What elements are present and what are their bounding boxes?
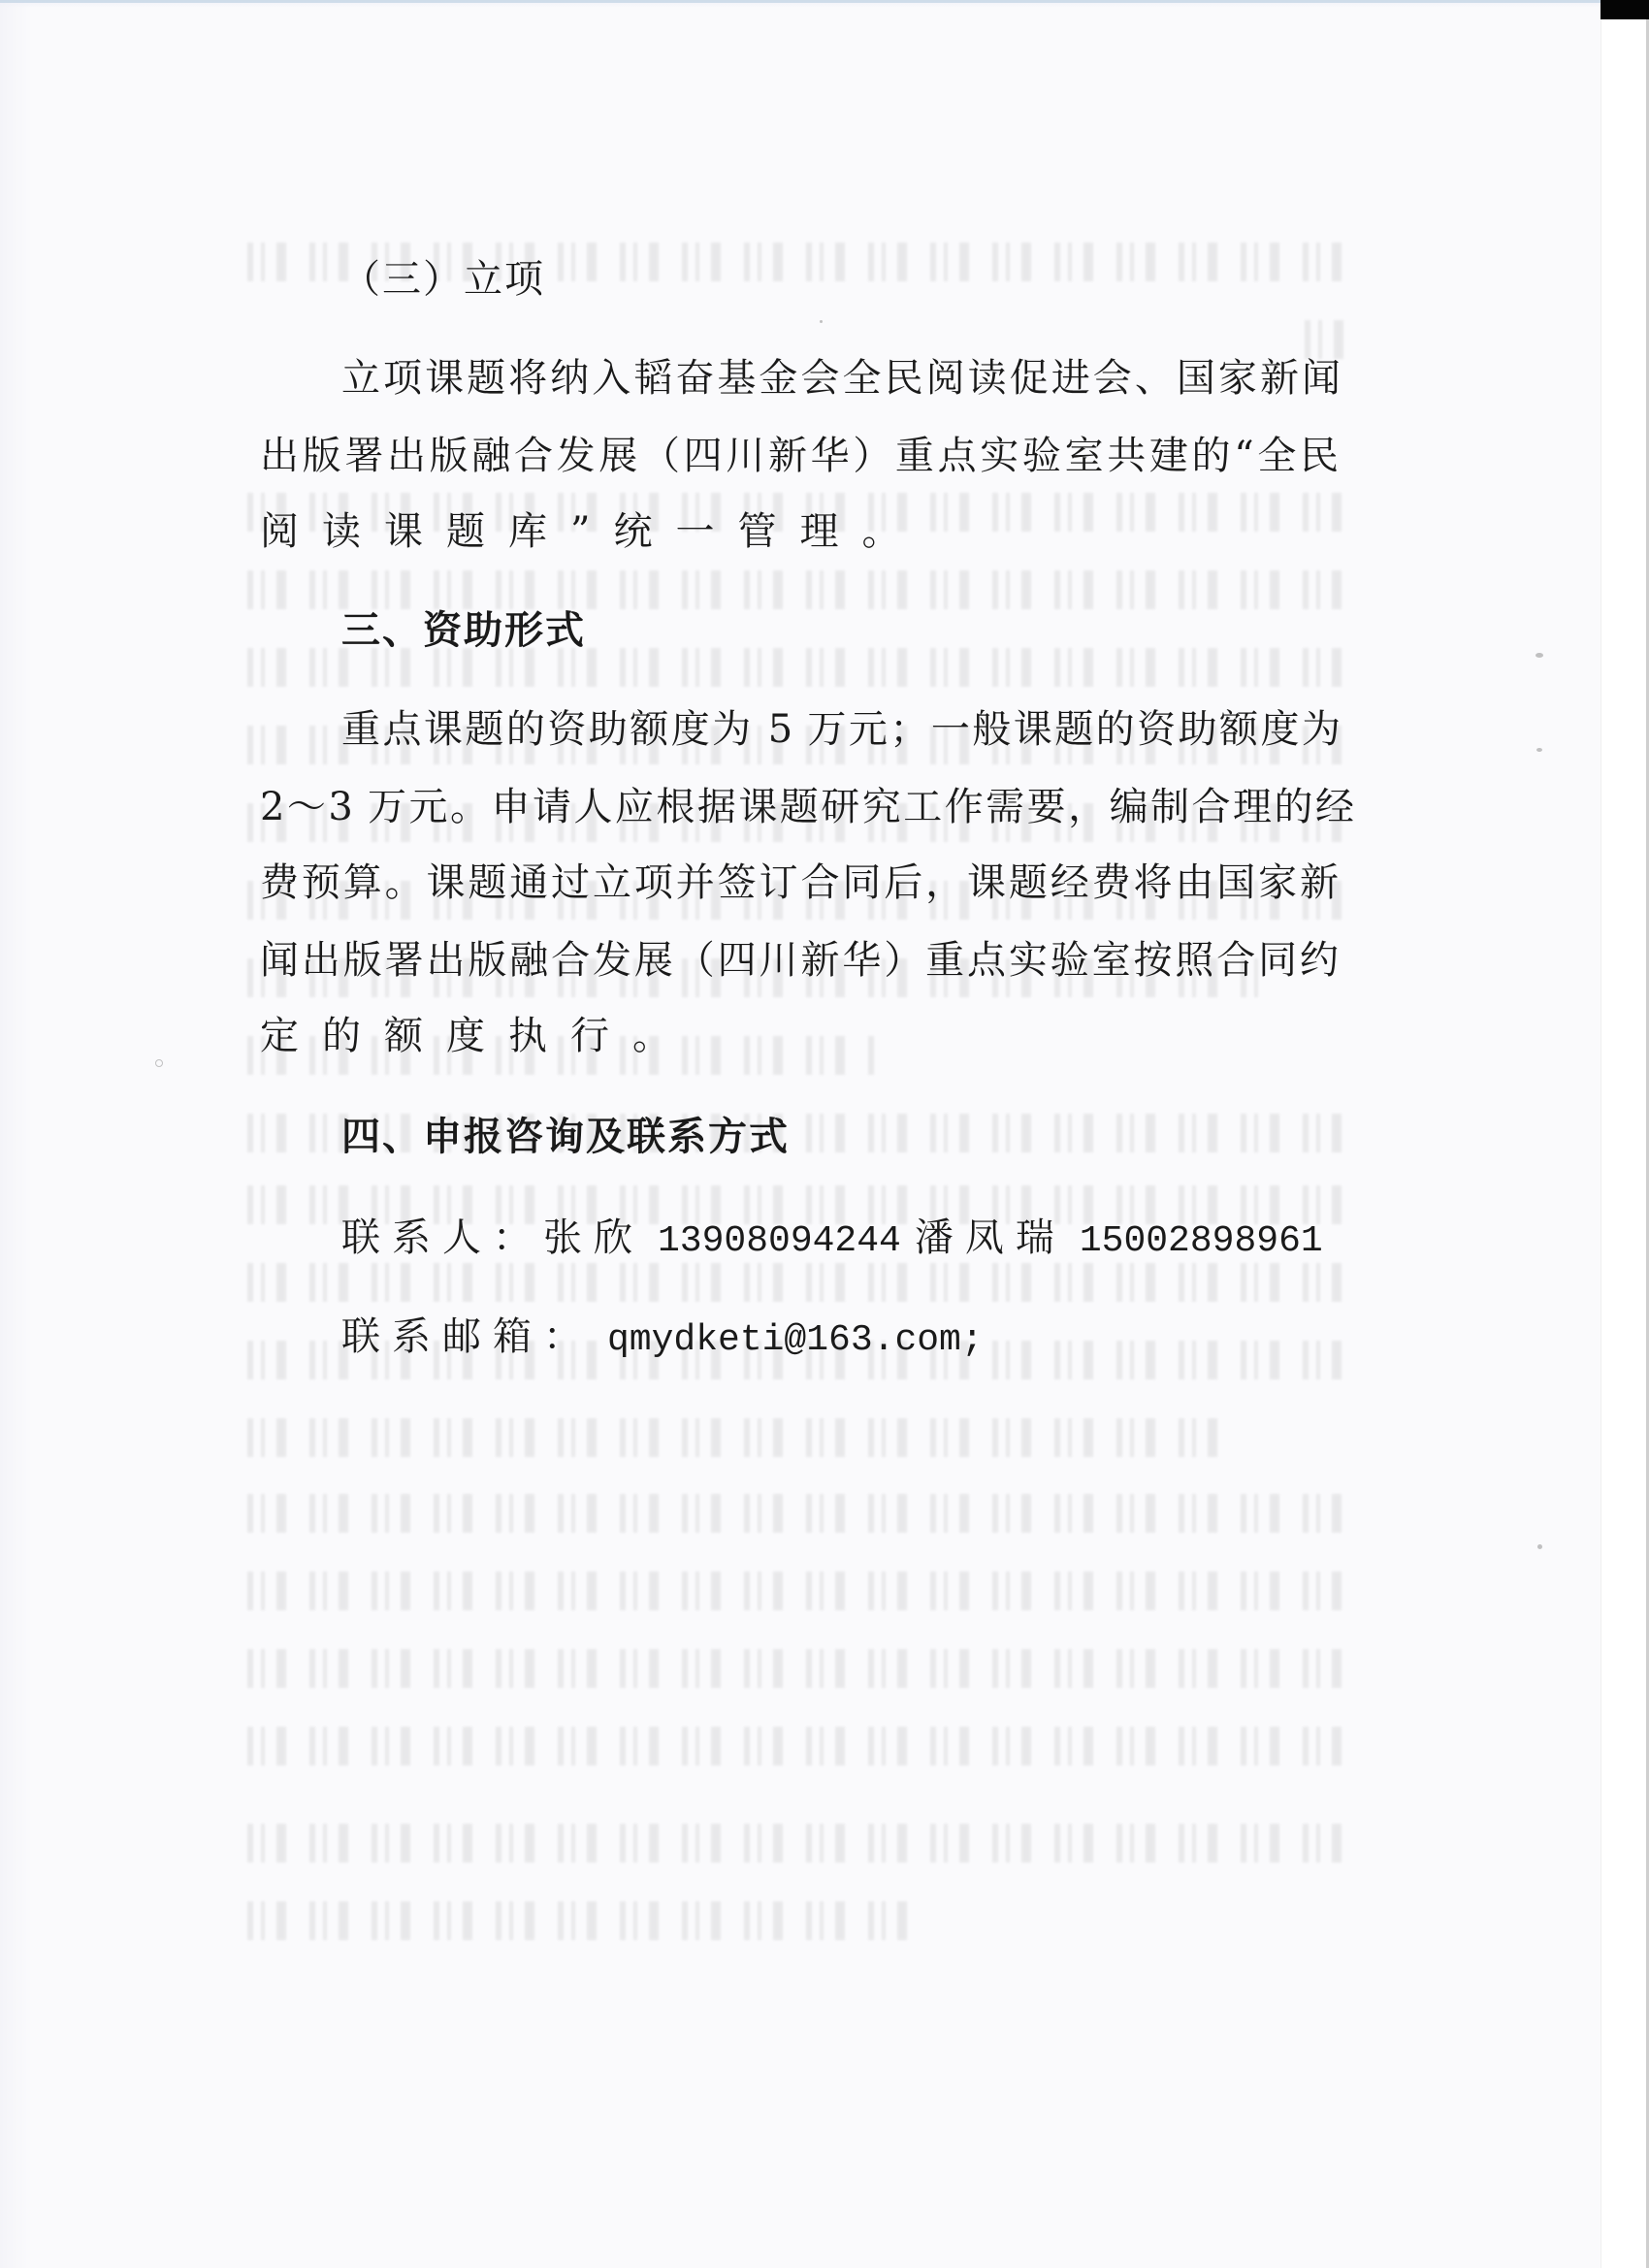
contact-phone: 15002898961: [1080, 1220, 1323, 1262]
contact-name: 潘凤瑞: [915, 1215, 1066, 1260]
document-page: （三）立项 立项课题将纳入韬奋基金会全民阅读促进会、国家新闻 出版署出版融合发展…: [0, 0, 1649, 2268]
email-address: qmydketi@163.com;: [607, 1319, 984, 1361]
contact-name: 张欣: [543, 1215, 644, 1260]
contact-email-line: 联系邮箱：qmydketi@163.com;: [341, 1310, 984, 1364]
paragraph-line: 立项课题将纳入韬奋基金会全民阅读促进会、国家新闻: [341, 351, 1341, 405]
email-label: 联系邮箱：: [341, 1314, 594, 1359]
subsection-heading: （三）立项: [341, 252, 545, 307]
contact-persons-line: 联系人：张欣13908094244潘凤瑞15002898961: [341, 1211, 1323, 1265]
paragraph-line: 出版署出版融合发展（四川新华）重点实验室共建的“全民: [260, 429, 1339, 483]
paragraph-line: 重点课题的资助额度为 5 万元；一般课题的资助额度为: [341, 702, 1341, 757]
section-heading: 四、申报咨询及联系方式: [341, 1110, 790, 1164]
contact-phone: 13908094244: [658, 1220, 901, 1262]
section-heading: 三、资助形式: [341, 603, 586, 658]
paragraph-line: 闻出版署出版融合发展（四川新华）重点实验室按照合同约: [260, 933, 1339, 988]
paragraph-line: 阅读课题库”统一管理。: [260, 504, 923, 559]
paragraph-line: 费预算。课题通过立项并签订合同后，课题经费将由国家新: [260, 856, 1339, 910]
contact-label: 联系人：: [341, 1215, 543, 1260]
paragraph-line: 定的额度执行。: [260, 1009, 695, 1063]
paragraph-line: 2～3 万元。申请人应根据课题研究工作需要，编制合理的经: [260, 780, 1354, 834]
